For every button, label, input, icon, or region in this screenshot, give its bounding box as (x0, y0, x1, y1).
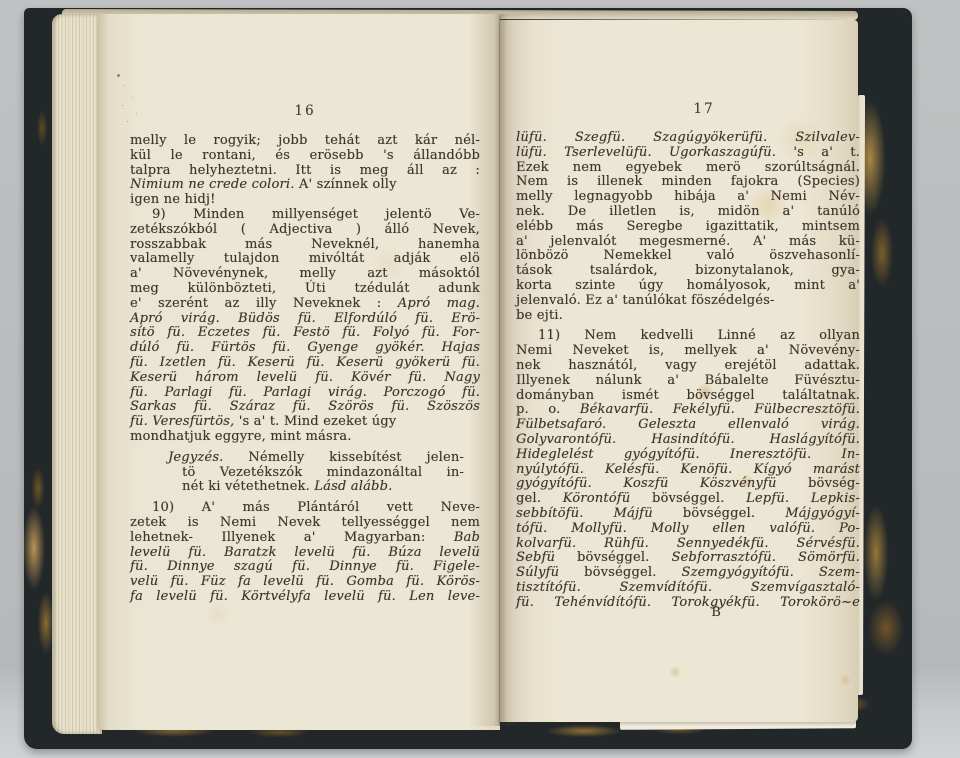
text-line: lüfü. Tserlevelüfü. Ugorkaszagúfü. 's a'… (516, 146, 860, 161)
text-line: be ejti. (516, 309, 860, 324)
text-line: fa levelü fü. Körtvélyfa levelü fü. Len … (130, 590, 480, 605)
text-line: elébb más Seregbe igazittatik, mintsem (516, 220, 860, 235)
text-line: dúló fü. Fürtös fü. Gyenge gyökér. Hajas (130, 341, 480, 356)
text-line: a' Növevénynek, melly azt másoktól (130, 267, 480, 282)
text-line: lüfü. Szegfü. Szagúgyökerüfü. Szilvalev- (516, 131, 860, 146)
text-line: 10) A' más Plántáról vett Neve- (130, 501, 480, 516)
text-line: meg különbözteti, Úti tzédulát adunk (130, 282, 480, 297)
text-line: kül le rontani, és erösebb 's állandóbb (130, 149, 480, 164)
text-line: Fülbetsafaró. Geleszta ellenvaló virág. (516, 418, 860, 433)
text-line: Nem is illenek minden fajokra (Species) (516, 175, 860, 190)
text-line: fü. Veresfürtös, 's a' t. Mind ezeket úg… (130, 415, 480, 430)
text-line: p. o. Békavarfü. Fekélyfü. Fülbecresztöf… (516, 403, 860, 418)
text-line: sebbítöfü. Májfü bövséggel. Májgyógyí- (516, 507, 860, 522)
signature-mark: B (516, 606, 888, 621)
text-line: Hideglelést gyógyítófü. Ineresztöfü. In- (516, 448, 860, 463)
page-number-16: 16 (130, 103, 480, 119)
page-16-text: melly le rogyik; jobb tehát azt kár nél-… (130, 134, 480, 605)
text-line: e' szerént az illy Neveknek : Apró mag. (130, 297, 480, 312)
text-line: lehetnek- Illyenek a' Magyarban: Bab (130, 531, 480, 546)
page-17-text: lüfü. Szegfü. Szagúgyökerüfü. Szilvalev-… (516, 131, 860, 611)
text-line: Nemi Neveket is, mellyek a' Növevény- (516, 344, 860, 359)
text-line: tások tsalárdok, bizonytalanok, gya- (516, 264, 860, 279)
text-line: zetékszókból ( Adjectiva ) álló Nevek, (130, 223, 480, 238)
page-edge-stack (52, 14, 102, 734)
text-line: jelenvaló. Ez a' tanúlókat föszédelgés- (516, 294, 860, 309)
text-line: gyógyítófü. Koszfü Köszvényfü bövség- (516, 477, 860, 492)
book-photo: 16 17 melly le rogyik; jobb tehát azt ká… (0, 0, 960, 758)
text-line: 11) Nem kedvelli Linné az ollyan (516, 329, 860, 344)
text-line: igen ne hidj! (130, 193, 480, 208)
text-line: 9) Minden millyenséget jelentö Ve- (130, 208, 480, 223)
text-line: Sarkas fü. Száraz fü. Szörös fü. Szöszös (130, 400, 480, 415)
page-number-17: 17 (516, 101, 860, 117)
text-line: gel. Körontófü bövséggel. Lepfü. Lepkis- (516, 492, 860, 507)
text-line: sítö fü. Eczetes fü. Festö fü. Folyó fü.… (130, 326, 480, 341)
text-line: nek. De illetlen is, midön a' tanúló (516, 205, 860, 220)
text-line: Ezek nem egyebek merö szorúltságnál. (516, 161, 860, 176)
text-line: tófü. Mollyfü. Molly ellen valófü. Po- (516, 522, 860, 537)
text-line: nét ki vétethetnek. Lásd alább. (130, 480, 480, 495)
text-line: korta szinte úgy homályosok, mint a' (516, 279, 860, 294)
text-line: Illyenek nálunk a' Bábalelte Füvésztu- (516, 374, 860, 389)
ink-speckles (117, 74, 120, 77)
text-line: velü fü. Füz fa levelü fü. Gomba fü. Kör… (130, 575, 480, 590)
text-line: mondhatjuk eggyre, mint másra. (130, 430, 480, 445)
text-line: Jegyzés. Némelly kissebítést jelen- (130, 451, 480, 466)
text-line: zetek is Nemi Nevek tellyességgel nem (130, 516, 480, 531)
text-line: nek hasznától, vagy erejétöl adattak. (516, 359, 860, 374)
text-line: fü. Izetlen fü. Keserü fü. Keserü gyöker… (130, 356, 480, 371)
text-line: fü. Dinnye szagú fü. Dinnye fü. Figele- (130, 560, 480, 575)
text-line: Súlyfü bövséggel. Szemgyógyítófü. Szem- (516, 566, 860, 581)
text-line: Golyvarontófü. Hasindítófü. Haslágyítófü… (516, 433, 860, 448)
text-line: melly legnagyobb hibája a' Nemi Név- (516, 190, 860, 205)
text-line: tisztítófü. Szemvídítófü. Szemvígasztaló… (516, 581, 860, 596)
text-line: melly le rogyik; jobb tehát azt kár nél- (130, 134, 480, 149)
text-line: Nimium ne crede colori. A' színnek olly (130, 178, 480, 193)
text-line: valamelly tulajdon mivóltát adják elö (130, 252, 480, 267)
text-line: lönbözö Nemekkel való öszvehasonlí- (516, 249, 860, 264)
text-line: Sebfü bövséggel. Sebforrasztófü. Sömörfü… (516, 551, 860, 566)
text-line: Keserü három levelü fü. Kövér fü. Nagy (130, 371, 480, 386)
